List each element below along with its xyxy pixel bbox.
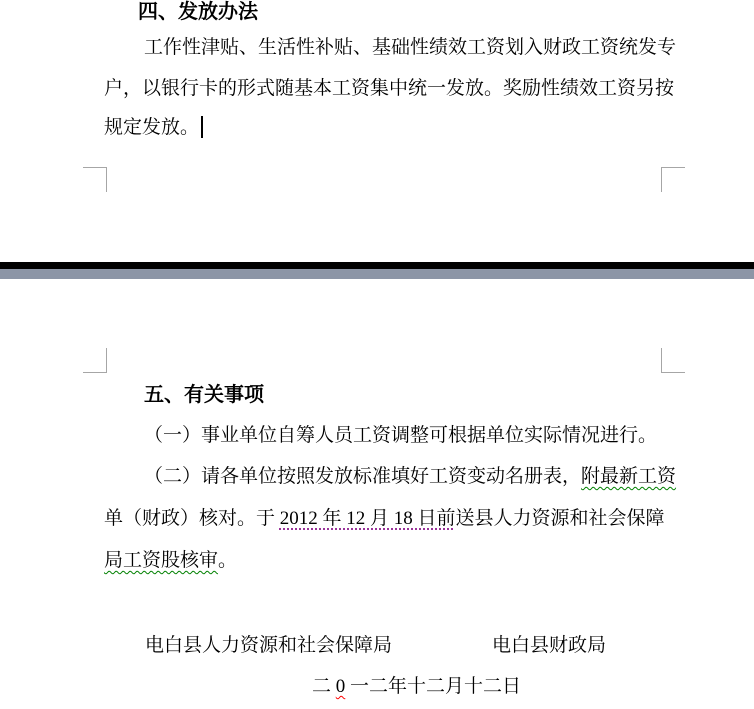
section-heading-four[interactable]: 四、发放办法 [138, 0, 258, 24]
date-line-text: 一二年十二月十二日 [345, 676, 521, 697]
body-line[interactable]: 工作性津贴、生活性补贴、基础性绩效工资划入财政工资统发专 [144, 36, 676, 60]
body-line-text: 。 [218, 550, 237, 571]
text-cursor [201, 116, 203, 138]
grammar-flagged-text: 局工资股核审 [104, 550, 218, 571]
body-line[interactable]: 户，以银行卡的形式随基本工资集中统一发放。奖励性绩效工资另按 [104, 77, 674, 101]
body-line-item2-3[interactable]: 局工资股核审。 [104, 549, 237, 573]
page-break-gap-border [0, 262, 754, 269]
spelling-flagged-text: 0 [336, 676, 346, 697]
body-line-text: 规定发放。 [104, 117, 199, 138]
date-line-text: 二 [312, 676, 336, 697]
smarttag-date-text: 2012 年 12 月 18 日前 [280, 508, 456, 529]
body-line[interactable]: 规定发放。 [104, 116, 203, 140]
margin-mark-page2-top-left [83, 348, 107, 373]
page-break-gap[interactable] [0, 269, 754, 279]
margin-mark-page1-bottom-left [83, 167, 107, 192]
body-line-text: 送县人力资源和社会保障 [456, 508, 665, 529]
body-line-item2-2[interactable]: 单（财政）核对。于 2012 年 12 月 18 日前送县人力资源和社会保障 [104, 507, 665, 531]
body-line-text: 单（财政）核对。于 [104, 508, 280, 529]
date-line[interactable]: 二 0 一二年十二月十二日 [312, 675, 521, 699]
margin-mark-page2-top-right [661, 348, 685, 373]
document-canvas: 四、发放办法 工作性津贴、生活性补贴、基础性绩效工资划入财政工资统发专 户，以银… [0, 0, 754, 709]
margin-mark-page1-bottom-right [661, 167, 685, 192]
body-line-item2-1[interactable]: （二）请各单位按照发放标准填好工资变动名册表，附最新工资 [144, 465, 676, 489]
body-line-item1[interactable]: （一）事业单位自筹人员工资调整可根据单位实际情况进行。 [144, 424, 657, 448]
signature-org-right[interactable]: 电白县财政局 [492, 634, 606, 658]
signature-org-left[interactable]: 电白县人力资源和社会保障局 [145, 634, 392, 658]
grammar-flagged-text: 附最新工资 [581, 466, 676, 487]
section-heading-five[interactable]: 五、有关事项 [144, 383, 264, 407]
body-line-text: （二）请各单位按照发放标准填好工资变动名册表， [144, 466, 581, 487]
